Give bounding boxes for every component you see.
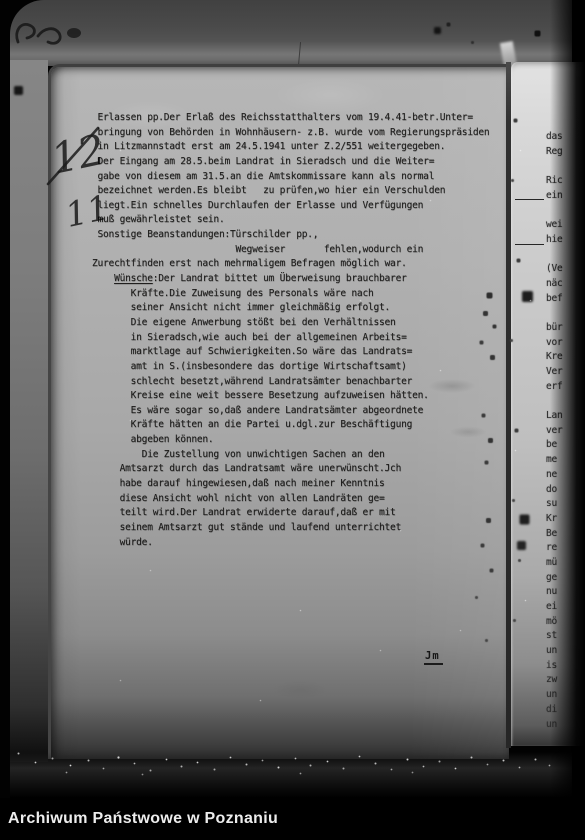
archive-footer-bar: Archiwum Państwowe w Poznaniu [0, 798, 585, 840]
page-left-mat [10, 60, 48, 762]
typed-line: Die eigene Anwerbung stößt bei den Verhä… [92, 316, 489, 331]
typed-line: abgeben können. [92, 433, 489, 448]
typed-line: amt in S.(insbesondere das dortige Wirts… [92, 360, 489, 375]
typed-line: Kräfte.Die Zuweisung des Personals wäre … [92, 287, 489, 302]
ink-squiggle-mark [12, 16, 90, 52]
typed-line: in Litzmannstadt erst am 24.5.1941 unter… [92, 140, 489, 155]
typed-line: Sonstige Beanstandungen:Türschilder pp., [92, 228, 489, 243]
archival-scan: 12 11 Erlassen pp.Der Erlaß des Reichsst… [0, 0, 585, 840]
typed-line: Wünsche:Der Landrat bittet um Überweisun… [92, 272, 489, 287]
typed-text-block: Erlassen pp.Der Erlaß des Reichsstatthal… [92, 111, 489, 550]
typed-line: Kreise eine weit bessere Besetzung aufzu… [92, 389, 489, 404]
typed-line: gabe von diesem am 31.5.an die Amtskommi… [92, 170, 489, 185]
typed-line: würde. [92, 536, 489, 551]
typed-line: habe darauf hingewiesen,daß nach meiner … [92, 477, 489, 492]
typed-line: bezeichnet werden.Es bleibt zu prüfen,wo… [92, 184, 489, 199]
typed-line: Erlassen pp.Der Erlaß des Reichsstatthal… [92, 111, 489, 126]
page-bottom-shadow [10, 752, 572, 798]
typed-line: marktlage auf Schwierigkeiten.So wäre da… [92, 345, 489, 360]
typed-line: schlecht besetzt,während Landratsämter b… [92, 375, 489, 390]
typed-line: seinem Amtsarzt gut stände und laufend u… [92, 521, 489, 536]
underline-rule [515, 199, 544, 200]
typed-line: liegt.Ein schnelles Durchlaufen der Erla… [92, 199, 489, 214]
typed-line: Kräfte hätten an die Partei u.dgl.zur Be… [92, 418, 489, 433]
typed-line: seiner Ansicht nicht immer gleichmäßig e… [92, 301, 489, 316]
typed-line: diese Ansicht wohl nicht von allen Landr… [92, 492, 489, 507]
typed-line: Es wäre sogar so,daß andere Landratsämte… [92, 404, 489, 419]
film-top-band [10, 0, 572, 66]
initials-signature: Jm [424, 650, 443, 665]
typed-line: in Sieradsch,wie auch bei der allgemeine… [92, 331, 489, 346]
archive-name-label: Archiwum Państwowe w Poznaniu [8, 810, 278, 828]
dust-speckles [0, 0, 1, 1]
underline-rule [515, 244, 544, 245]
photo-right-edge [550, 0, 585, 798]
typed-line: Zurechtfinden erst nach mehrmaligem Befr… [92, 257, 489, 272]
typed-line: muß gewährleistet sein. [92, 213, 489, 228]
typed-line: bringung von Behörden in Wohnhäusern- z.… [92, 126, 489, 141]
typed-line: Die Zustellung von unwichtigen Sachen an… [92, 448, 489, 463]
typed-line: Amtsarzt durch das Landratsamt wäre uner… [92, 462, 489, 477]
typed-line: teilt wird.Der Landrat erwiderte darauf,… [92, 506, 489, 521]
typed-line: Wegweiser fehlen,wodurch ein [92, 243, 489, 258]
typed-line: Der Eingang am 28.5.beim Landrat in Sier… [92, 155, 489, 170]
